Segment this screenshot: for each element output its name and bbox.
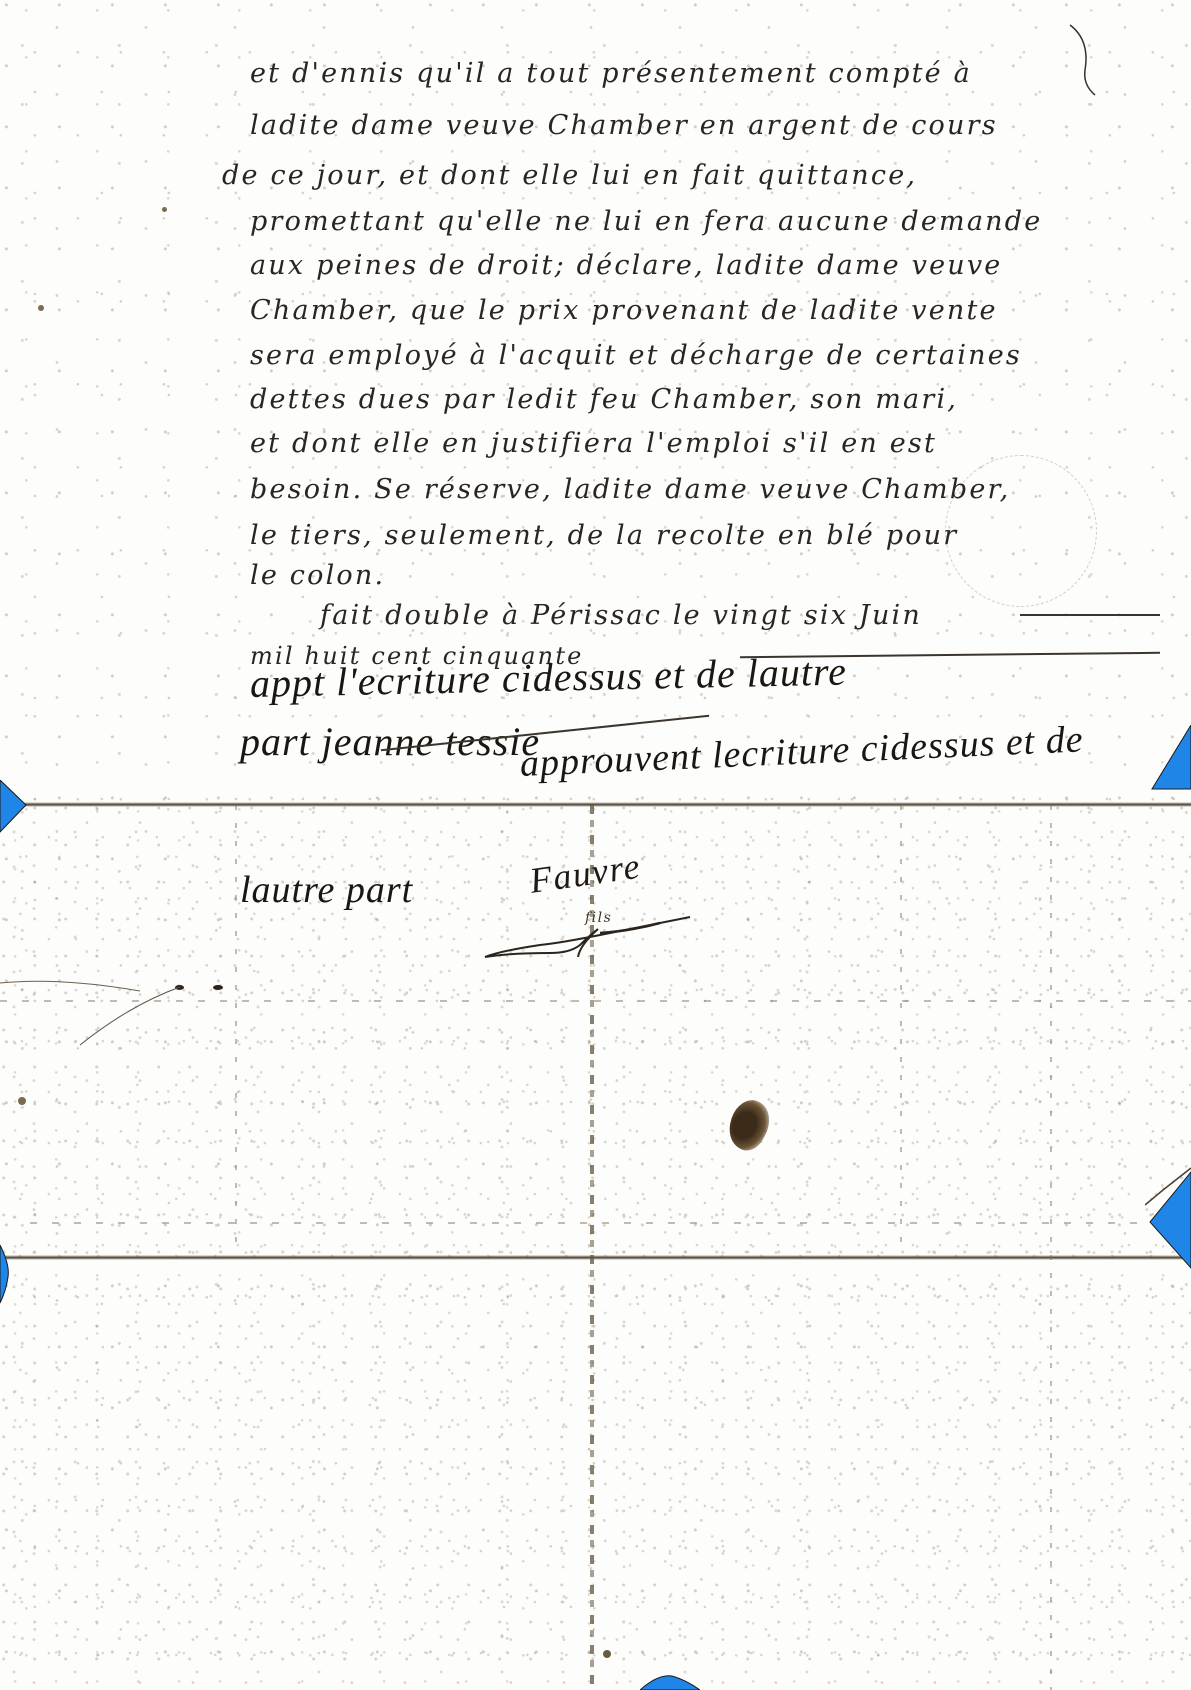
vertical-crease-far-right: [1050, 805, 1052, 1690]
faint-fold-line: [30, 1222, 1170, 1224]
horizontal-fold-line-lower: [0, 1255, 1191, 1260]
vertical-crease-right: [900, 805, 902, 1255]
horizontal-fold-line-upper: [0, 802, 1191, 807]
corner-flourish: [1065, 20, 1105, 100]
signature-flourish: [480, 905, 700, 965]
blue-corner-tab-right-upper: [1150, 725, 1191, 790]
body-line-11: le tiers, seulement, de la recolte en bl…: [250, 520, 958, 551]
document-page: et d'ennis qu'il a tout présentement com…: [0, 0, 1191, 1690]
body-line-2: ladite dame veuve Chamber en argent de c…: [250, 110, 998, 141]
ink-blot: [720, 1094, 777, 1156]
body-line-10: besoin. Se réserve, ladite dame veuve Ch…: [250, 474, 1010, 505]
body-line-4: promettant qu'elle ne lui en fera aucune…: [250, 206, 1042, 237]
body-line-12: le colon.: [250, 560, 385, 591]
ink-speck: [18, 1097, 26, 1105]
body-line-1: et d'ennis qu'il a tout présentement com…: [250, 58, 972, 89]
body-line-7: sera employé à l'acquit et décharge de c…: [250, 340, 1022, 371]
body-line-5: aux peines de droit; déclare, ladite dam…: [250, 250, 1002, 281]
body-line-6: Chamber, que le prix provenant de ladite…: [250, 295, 998, 326]
body-line-8: dettes dues par ledit feu Chamber, son m…: [250, 384, 958, 415]
blue-corner-tab-left-lower: [0, 1245, 16, 1305]
blue-corner-tab-left-upper: [0, 780, 30, 840]
approval-line-2: part jeanne tessie: [240, 718, 540, 765]
signature: Fauvre: [527, 845, 643, 902]
stray-pen-stroke: [0, 975, 150, 1005]
second-approval-line-1-tail: approuvent lecriture cidessus et de: [519, 717, 1084, 786]
second-approval-line-2: lautre part: [240, 868, 413, 912]
blue-corner-tab-right-lower: [1145, 1160, 1191, 1270]
ink-speck: [38, 305, 44, 311]
blue-corner-tab-bottom: [640, 1672, 700, 1690]
ink-speck: [162, 207, 167, 212]
ink-speck: [603, 1650, 611, 1658]
closing-line-1: fait double à Périssac le vingt six Juin: [320, 600, 922, 631]
body-line-9: et dont elle en justifiera l'emploi s'il…: [250, 428, 937, 459]
date-underline: [1020, 614, 1160, 616]
body-line-3: de ce jour, et dont elle lui en fait qui…: [222, 160, 917, 191]
